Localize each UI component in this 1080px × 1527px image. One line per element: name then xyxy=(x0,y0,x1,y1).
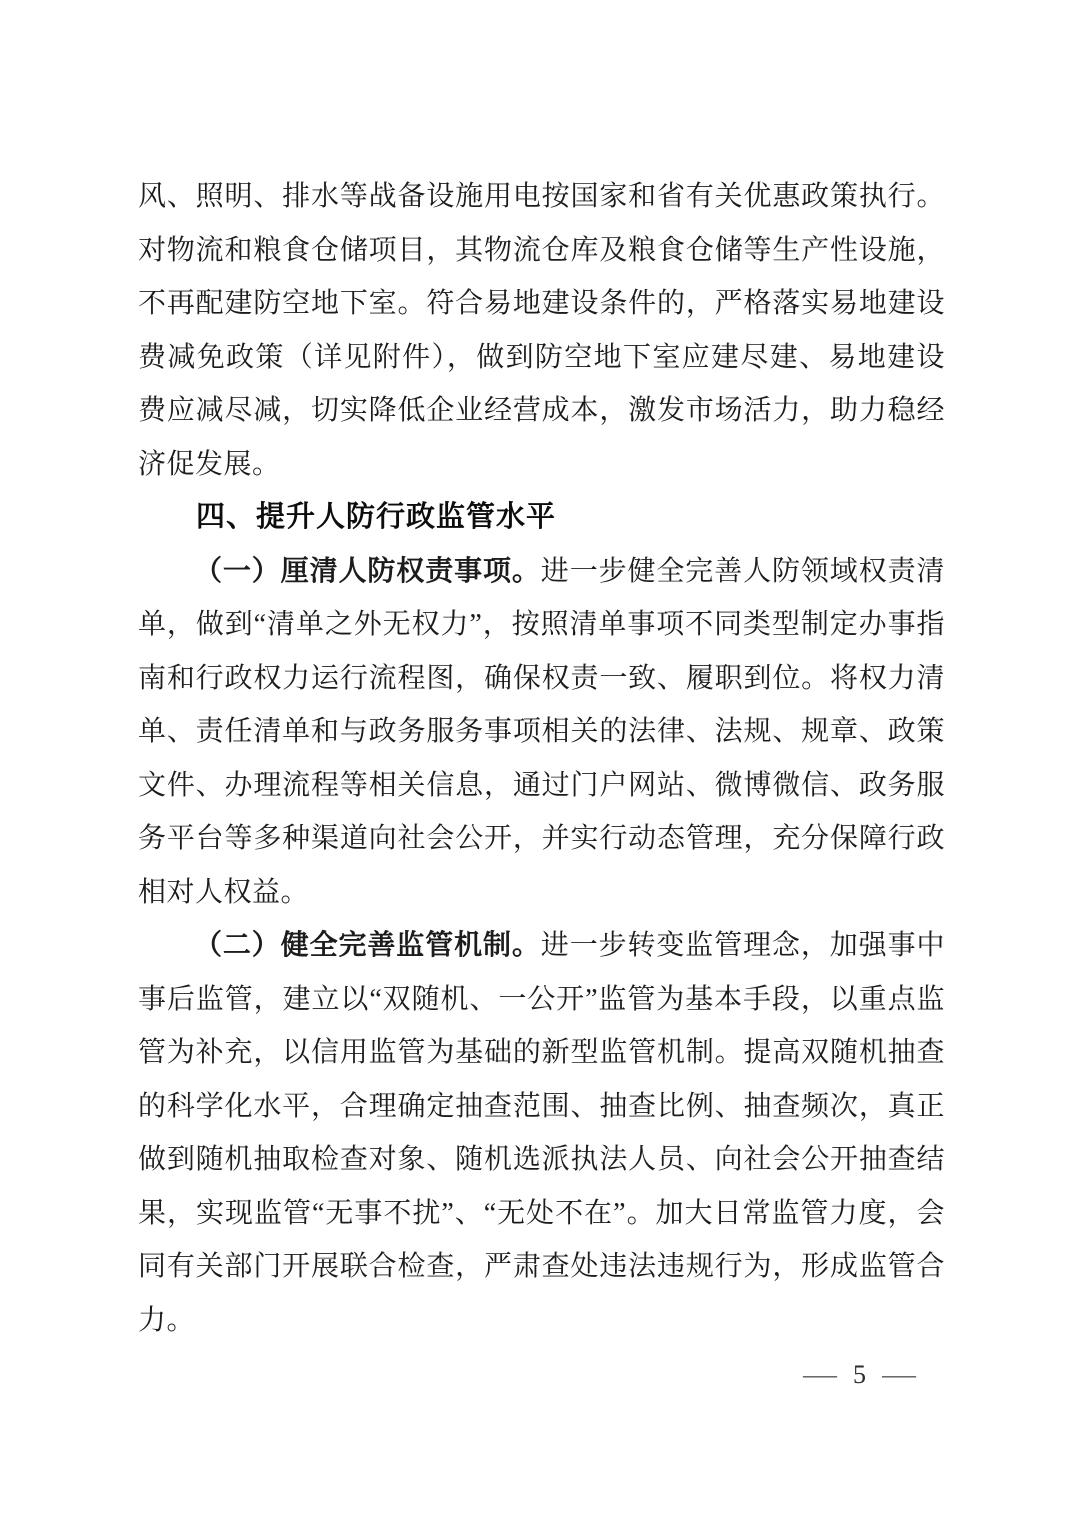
item-paragraph-2: （二）健全完善监管机制。进一步转变监管理念，加强事中事后监管，建立以“双随机、一… xyxy=(138,919,945,1347)
page-footer: — 5 — xyxy=(807,1360,912,1390)
page-body: 风、照明、排水等战备设施用电按国家和省有关优惠政策执行。对物流和粮食仓储项目，其… xyxy=(138,170,945,1347)
item-2-lead: （二）健全完善监管机制。 xyxy=(194,930,541,961)
item-1-lead: （一）厘清人防权责事项。 xyxy=(194,556,541,587)
footer-dash-right: — xyxy=(882,1360,916,1390)
item-2-body: 进一步转变监管理念，加强事中事后监管，建立以“双随机、一公开”监管为基本手段，以… xyxy=(138,930,945,1336)
continued-paragraph: 风、照明、排水等战备设施用电按国家和省有关优惠政策执行。对物流和粮食仓储项目，其… xyxy=(138,170,945,491)
item-paragraph-1: （一）厘清人防权责事项。进一步健全完善人防领域权责清单，做到“清单之外无权力”，… xyxy=(138,545,945,920)
section-heading: 四、提升人防行政监管水平 xyxy=(138,491,945,545)
item-1-body: 进一步健全完善人防领域权责清单，做到“清单之外无权力”，按照清单事项不同类型制定… xyxy=(138,556,945,908)
footer-dash-left: — xyxy=(803,1360,837,1390)
document-page: 风、照明、排水等战备设施用电按国家和省有关优惠政策执行。对物流和粮食仓储项目，其… xyxy=(0,0,1080,1527)
page-number: 5 xyxy=(853,1360,866,1390)
